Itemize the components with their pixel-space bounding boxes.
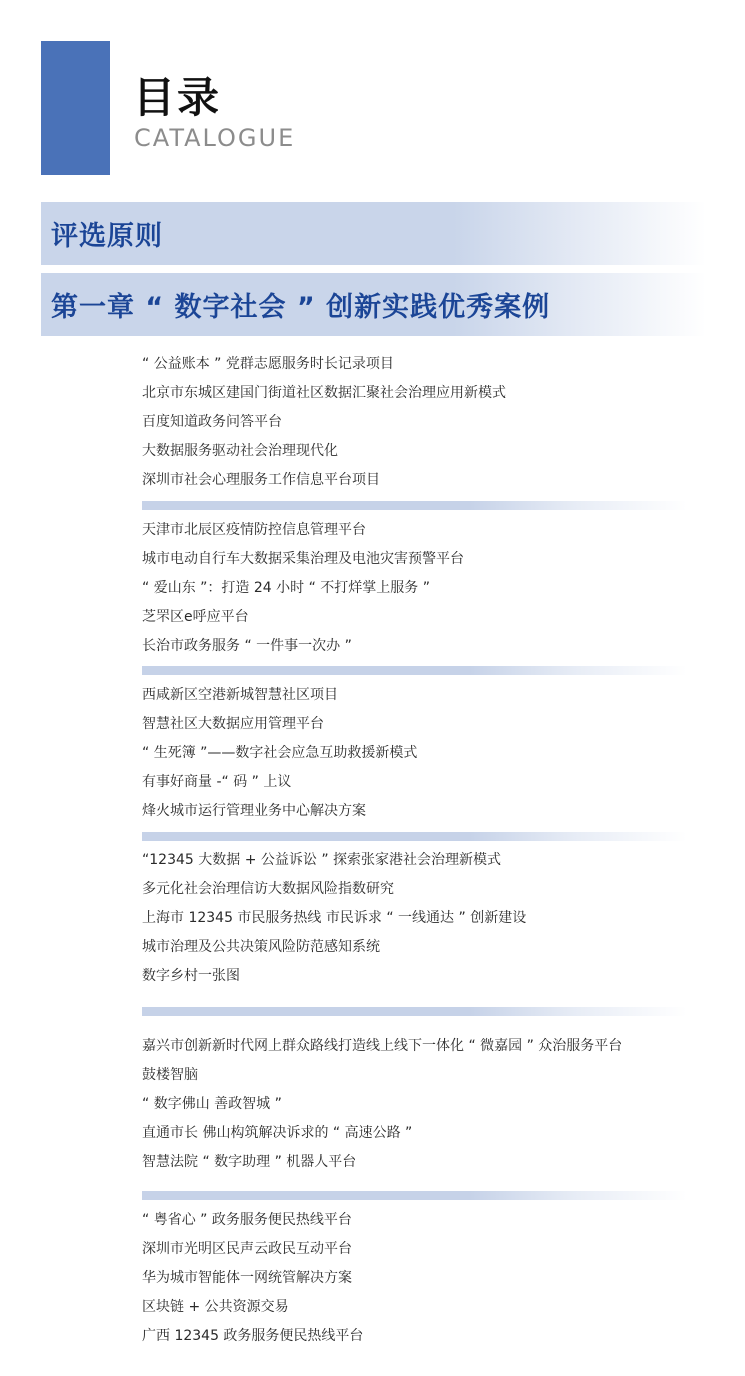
toc-item[interactable]: 城市电动自行车大数据采集治理及电池灾害预警平台 xyxy=(142,545,464,574)
toc-item[interactable]: 百度知道政务问答平台 xyxy=(142,408,506,437)
toc-item[interactable]: “12345 大数据 + 公益诉讼 ” 探索张家港社会治理新模式 xyxy=(142,846,526,875)
toc-group-6: “ 粤省心 ” 政务服务便民热线平台 深圳市光明区民声云政民互动平台 华为城市智… xyxy=(142,1206,363,1351)
toc-item[interactable]: 北京市东城区建国门街道社区数据汇聚社会治理应用新模式 xyxy=(142,379,506,408)
toc-section-chapter-one[interactable]: 第一章 “ 数字社会 ” 创新实践优秀案例 xyxy=(41,273,706,336)
catalogue-accent-block xyxy=(41,41,110,175)
toc-section-selection-principles[interactable]: 评选原则 xyxy=(41,202,706,265)
group-divider xyxy=(142,1191,687,1200)
toc-item[interactable]: “ 公益账本 ” 党群志愿服务时长记录项目 xyxy=(142,350,506,379)
section-label: 第一章 “ 数字社会 ” 创新实践优秀案例 xyxy=(51,285,550,324)
toc-item[interactable]: “ 粤省心 ” 政务服务便民热线平台 xyxy=(142,1206,363,1235)
toc-item[interactable]: 天津市北辰区疫情防控信息管理平台 xyxy=(142,516,464,545)
page-subtitle: CATALOGUE xyxy=(134,124,295,152)
toc-item[interactable]: 多元化社会治理信访大数据风险指数研究 xyxy=(142,875,526,904)
toc-item[interactable]: 鼓楼智脑 xyxy=(142,1061,622,1090)
toc-item[interactable]: 嘉兴市创新新时代网上群众路线打造线上线下一体化 “ 微嘉园 ” 众治服务平台 xyxy=(142,1032,622,1061)
toc-item[interactable]: 广西 12345 政务服务便民热线平台 xyxy=(142,1322,363,1351)
toc-item[interactable]: 华为城市智能体一网统管解决方案 xyxy=(142,1264,363,1293)
toc-item[interactable]: “ 生死簿 ”——数字社会应急互助救援新模式 xyxy=(142,739,417,768)
toc-item[interactable]: 西咸新区空港新城智慧社区项目 xyxy=(142,681,417,710)
toc-item[interactable]: 烽火城市运行管理业务中心解决方案 xyxy=(142,797,417,826)
group-divider xyxy=(142,832,687,841)
toc-group-2: 天津市北辰区疫情防控信息管理平台 城市电动自行车大数据采集治理及电池灾害预警平台… xyxy=(142,516,464,661)
group-divider xyxy=(142,1007,687,1016)
toc-item[interactable]: 智慧法院 “ 数字助理 ” 机器人平台 xyxy=(142,1148,622,1177)
toc-item[interactable]: 上海市 12345 市民服务热线 市民诉求 “ 一线通达 ” 创新建设 xyxy=(142,904,526,933)
section-label: 评选原则 xyxy=(51,214,163,253)
group-divider xyxy=(142,501,687,510)
toc-item[interactable]: 区块链 + 公共资源交易 xyxy=(142,1293,363,1322)
toc-group-5: 嘉兴市创新新时代网上群众路线打造线上线下一体化 “ 微嘉园 ” 众治服务平台 鼓… xyxy=(142,1032,622,1177)
toc-item[interactable]: 长治市政务服务 “ 一件事一次办 ” xyxy=(142,632,464,661)
toc-item[interactable]: 城市治理及公共决策风险防范感知系统 xyxy=(142,933,526,962)
toc-item[interactable]: 芝罘区e呼应平台 xyxy=(142,603,464,632)
toc-item[interactable]: 直通市长 佛山构筑解决诉求的 “ 高速公路 ” xyxy=(142,1119,622,1148)
toc-item[interactable]: 数字乡村一张图 xyxy=(142,962,526,991)
page-title: 目录 xyxy=(133,74,221,122)
toc-group-1: “ 公益账本 ” 党群志愿服务时长记录项目 北京市东城区建国门街道社区数据汇聚社… xyxy=(142,350,506,495)
toc-item[interactable]: 深圳市社会心理服务工作信息平台项目 xyxy=(142,466,506,495)
group-divider xyxy=(142,666,687,675)
toc-item[interactable]: 大数据服务驱动社会治理现代化 xyxy=(142,437,506,466)
toc-group-4: “12345 大数据 + 公益诉讼 ” 探索张家港社会治理新模式 多元化社会治理… xyxy=(142,846,526,991)
toc-item[interactable]: 深圳市光明区民声云政民互动平台 xyxy=(142,1235,363,1264)
toc-item[interactable]: “ 数字佛山 善政智城 ” xyxy=(142,1090,622,1119)
toc-item[interactable]: 智慧社区大数据应用管理平台 xyxy=(142,710,417,739)
toc-group-3: 西咸新区空港新城智慧社区项目 智慧社区大数据应用管理平台 “ 生死簿 ”——数字… xyxy=(142,681,417,826)
toc-item[interactable]: 有事好商量 -“ 码 ” 上议 xyxy=(142,768,417,797)
toc-item[interactable]: “ 爱山东 ”：打造 24 小时 “ 不打烊掌上服务 ” xyxy=(142,574,464,603)
